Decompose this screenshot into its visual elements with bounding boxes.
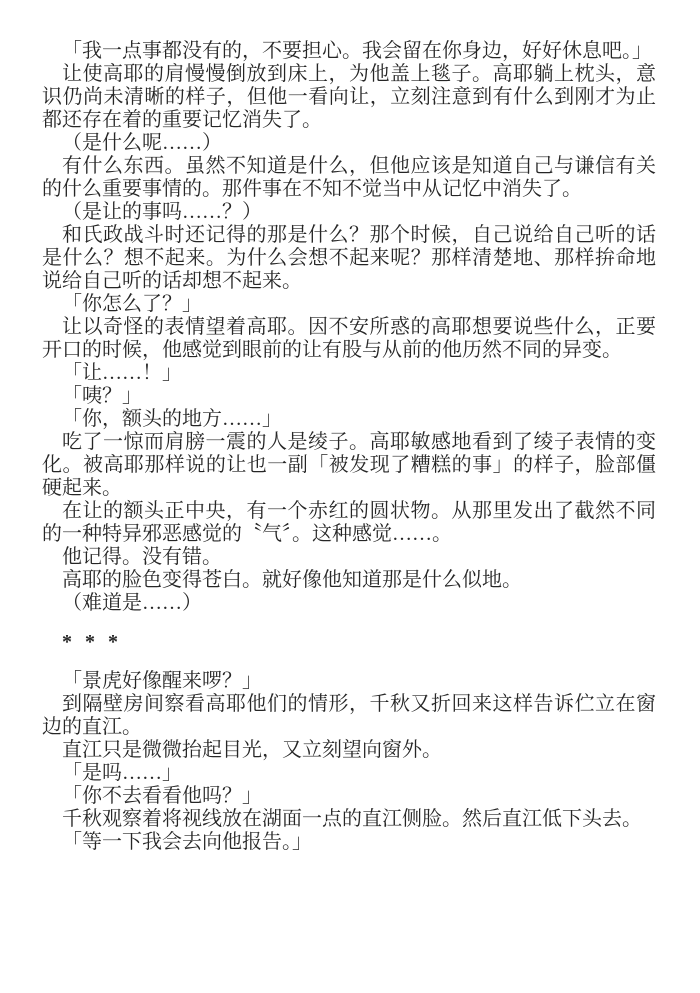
paragraph-dialogue: 「等一下我会去向他报告。」 [42, 831, 656, 854]
paragraph-dialogue: 「你怎么了？」 [42, 293, 656, 316]
paragraph-narration: 到隔壁房间察看高耶他们的情形，千秋又折回来这样告诉伫立在窗边的直江。 [42, 693, 656, 739]
novel-page: 「我一点事都没有的，不要担心。我会留在你身边，好好休息吧。」让使高耶的肩慢慢倒放… [0, 0, 700, 993]
paragraph-narration: 他记得。没有错。 [42, 546, 656, 569]
paragraph-narration: 直江只是微微抬起目光，又立刻望向窗外。 [42, 739, 656, 762]
section-divider: * * * [42, 631, 656, 654]
paragraph-thought: （难道是……） [42, 592, 656, 615]
paragraph-dialogue: 「你，额头的地方……」 [42, 408, 656, 431]
paragraph-dialogue: 「咦？」 [42, 385, 656, 408]
paragraph-narration: 高耶的脸色变得苍白。就好像他知道那是什么似地。 [42, 569, 656, 592]
paragraph-dialogue: 「我一点事都没有的，不要担心。我会留在你身边，好好休息吧。」 [42, 40, 656, 63]
paragraph-narration: 千秋观察着将视线放在湖面一点的直江侧脸。然后直江低下头去。 [42, 808, 656, 831]
paragraph-dialogue: 「是吗……」 [42, 762, 656, 785]
paragraph-narration: 在让的额头正中央，有一个赤红的圆状物。从那里发出了截然不同的一种特异邪恶感觉的〝… [42, 500, 656, 546]
paragraph-narration: 有什么东西。虽然不知道是什么，但他应该是知道自己与谦信有关的什么重要事情的。那件… [42, 155, 656, 201]
page-text: 「我一点事都没有的，不要担心。我会留在你身边，好好休息吧。」让使高耶的肩慢慢倒放… [42, 40, 656, 854]
paragraph-dialogue: 「你不去看看他吗？」 [42, 785, 656, 808]
paragraph-narration: 让使高耶的肩慢慢倒放到床上，为他盖上毯子。高耶躺上枕头，意识仍尚未清晰的样子，但… [42, 63, 656, 132]
paragraph-narration: 和氏政战斗时还记得的那是什么？那个时候，自己说给自己听的话是什么？想不起来。为什… [42, 224, 656, 293]
paragraph-thought: （是什么呢……） [42, 132, 656, 155]
paragraph-narration: 让以奇怪的表情望着高耶。因不安所惑的高耶想要说些什么，正要开口的时候，他感觉到眼… [42, 316, 656, 362]
paragraph-dialogue: 「景虎好像醒来啰？」 [42, 670, 656, 693]
paragraph-dialogue: 「让……！」 [42, 362, 656, 385]
paragraph-thought: （是让的事吗……？） [42, 201, 656, 224]
paragraph-narration: 吃了一惊而肩膀一震的人是绫子。高耶敏感地看到了绫子表情的变化。被高耶那样说的让也… [42, 431, 656, 500]
